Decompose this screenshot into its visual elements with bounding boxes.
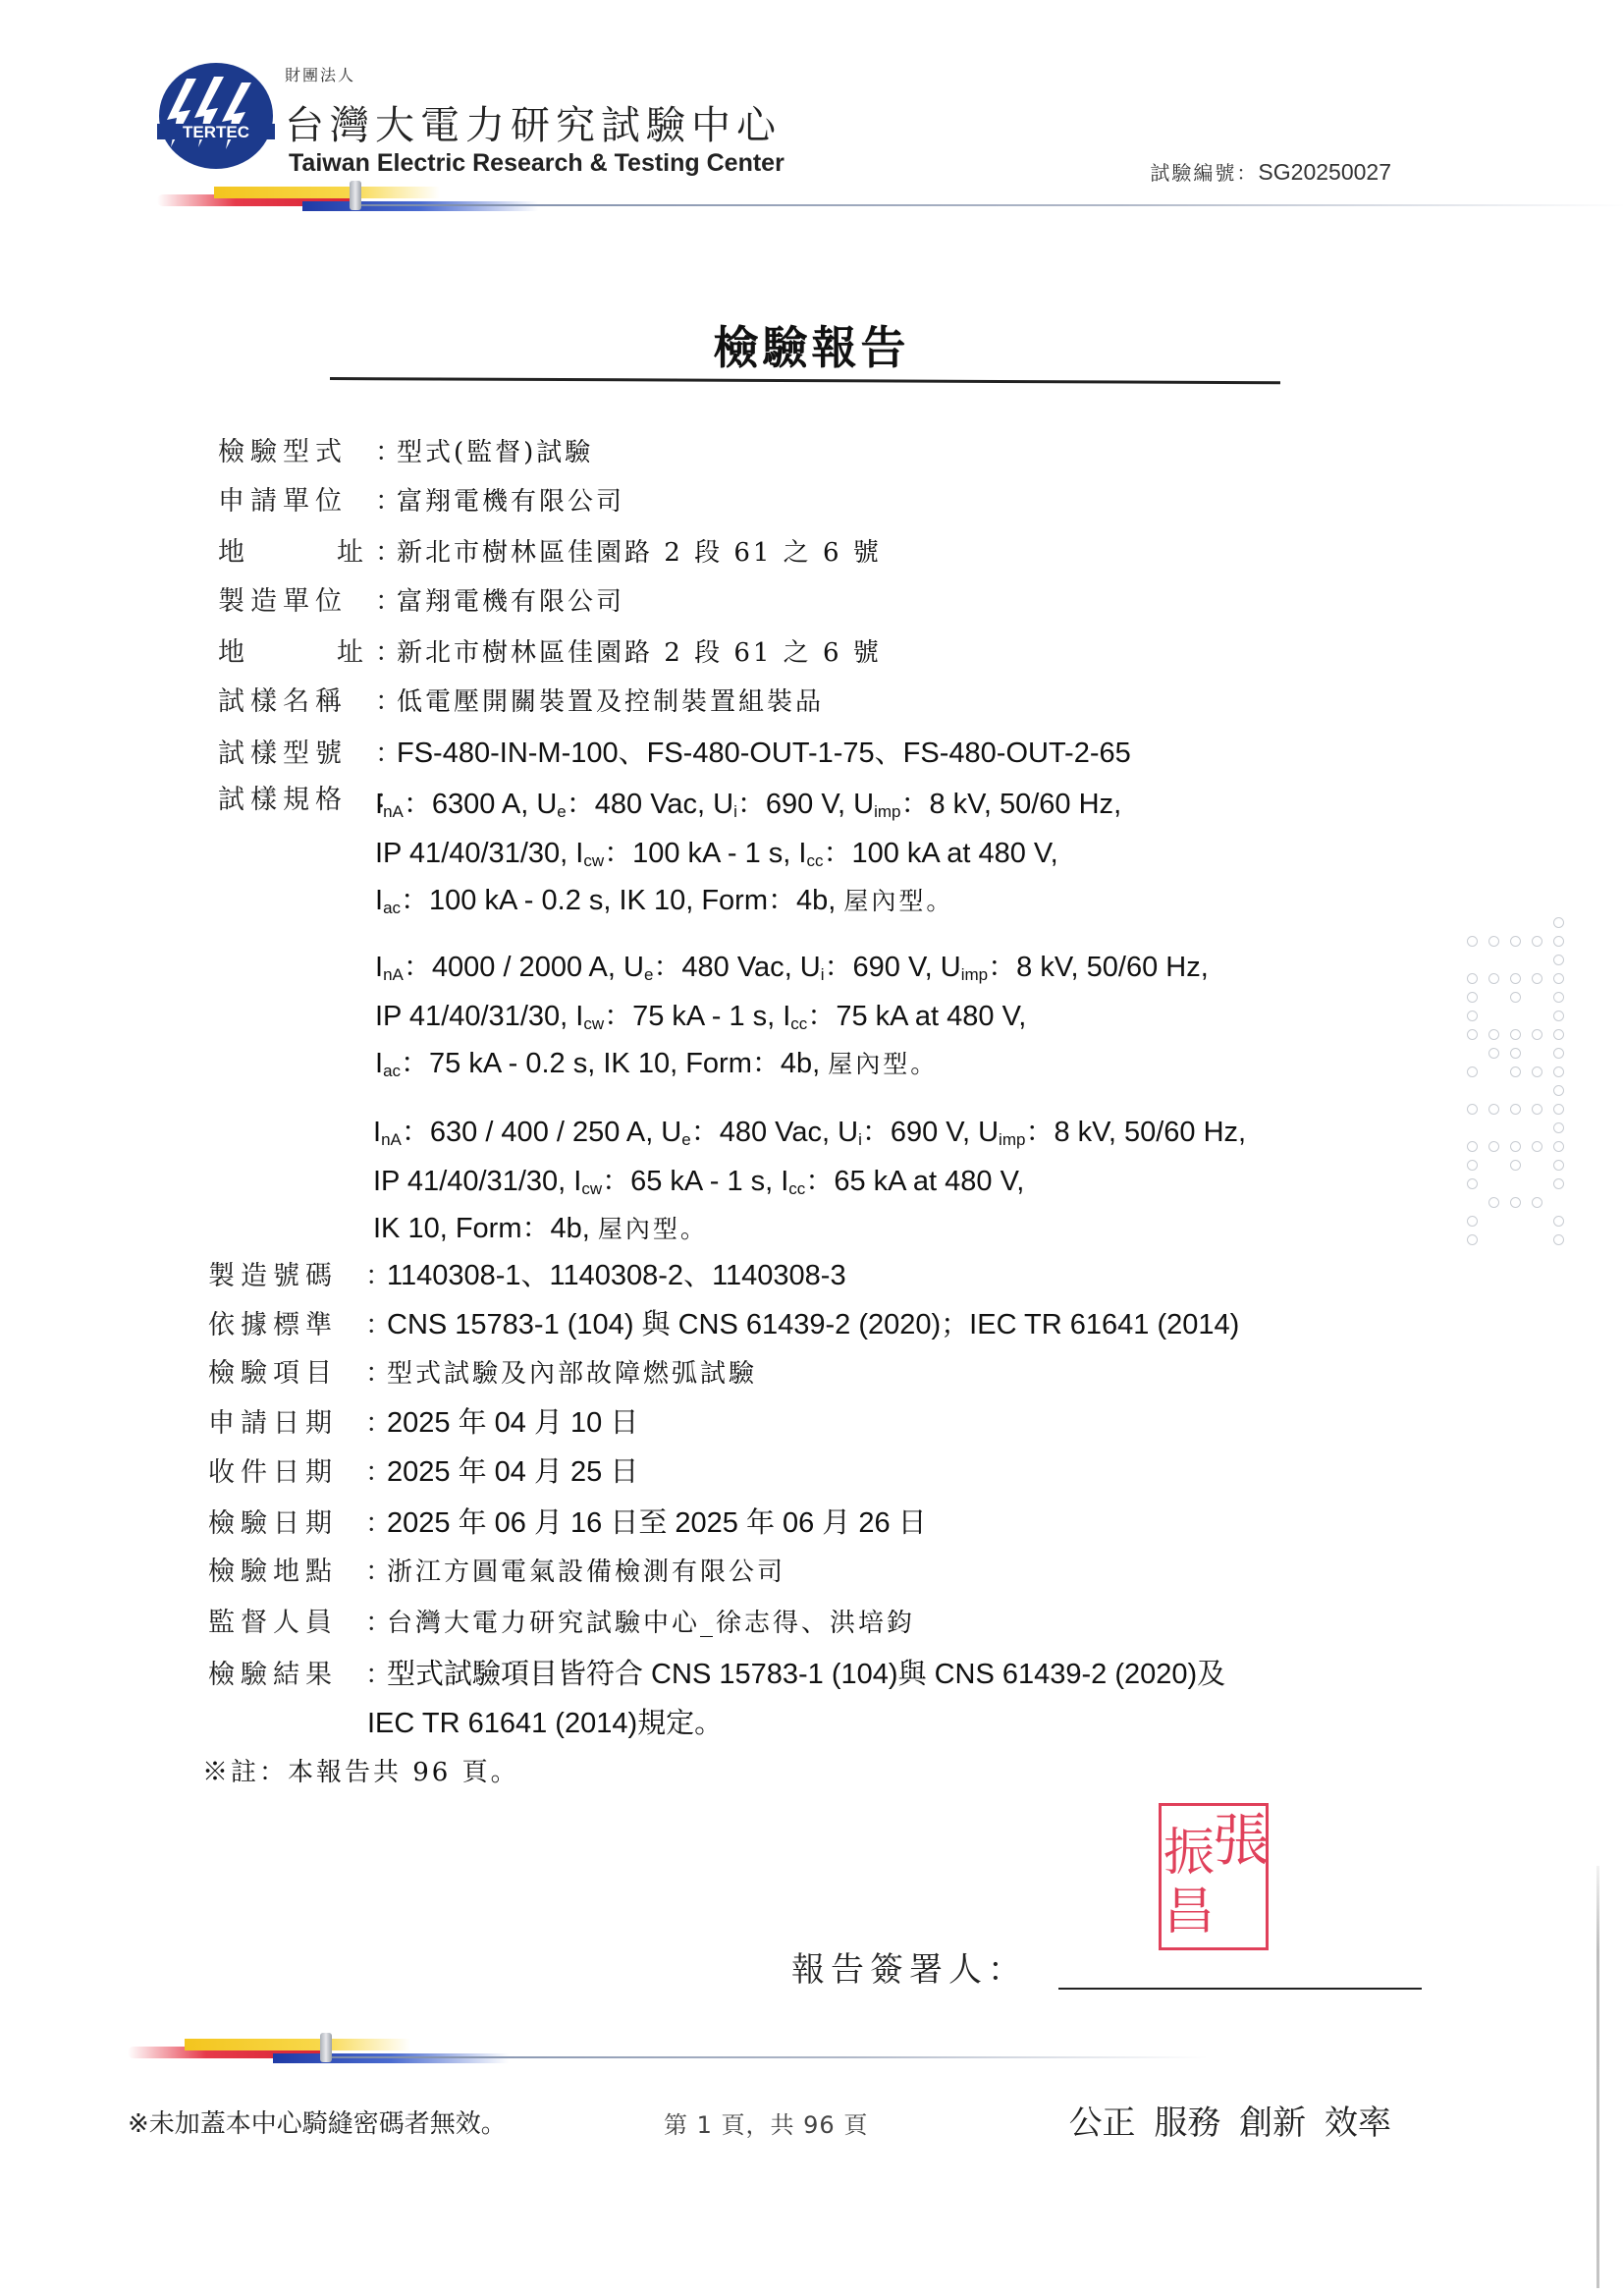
org-name-en: Taiwan Electric Research & Testing Cente…	[289, 149, 784, 178]
spec3-line2: IP 41/40/31/30, Icw：65 kA - 1 s, Icc：65 …	[373, 1159, 1024, 1199]
spec2-line2: IP 41/40/31/30, Icw：75 kA - 1 s, Icc：75 …	[375, 994, 1026, 1034]
field-test-dates: 檢驗日期： 2025 年 06 月 16 日至 2025 年 06 月 26 日	[208, 1501, 927, 1541]
field-test-items: 檢驗項目： 型式試驗及內部故障燃弧試驗	[208, 1351, 757, 1390]
spec1-line3: Iac：100 kA - 0.2 s, IK 10, Form：4b, 屋內型。	[375, 878, 953, 918]
signatory-label: 報告簽署人：	[791, 1942, 1027, 1991]
field-sample-name: 試樣名稱： 低電壓開關裝置及控制裝置組裝品	[218, 680, 824, 718]
field-inspection-type: 檢驗型式： 型式(監督)試驗	[218, 430, 593, 468]
field-test-location: 檢驗地點： 浙江方圓電氣設備檢測有限公司	[208, 1550, 785, 1588]
tertec-logo: TERTEC	[157, 61, 275, 171]
spec1-line2: IP 41/40/31/30, Icw：100 kA - 1 s, Icc：10…	[375, 831, 1058, 871]
field-manufacturer-address: 地址： 新北市樹林區佳園路 2 段 61 之 6 號	[218, 630, 882, 669]
org-motto: 公正 服務 創新 效率	[1069, 2096, 1391, 2144]
report-number-value: SG20250027	[1258, 159, 1391, 185]
report-number-label: 試驗編號：	[1150, 161, 1258, 185]
page-title: 檢驗報告	[0, 312, 1623, 377]
page-count-note: ※註：本報告共 96 頁。	[202, 1752, 519, 1788]
footer-stripe-decoration	[128, 2039, 1600, 2064]
signature-seal: 張 振 昌	[1159, 1803, 1269, 1950]
field-receipt-date: 收件日期： 2025 年 04 月 25 日	[208, 1449, 638, 1490]
field-test-result-line2: IEC TR 61641 (2014)規定。	[367, 1701, 723, 1741]
field-sample-spec: 試樣規格：	[218, 778, 397, 816]
spec3-line1: InA：630 / 400 / 250 A, Ue：480 Vac, Ui：69…	[373, 1110, 1246, 1150]
field-supervisors: 監督人員： 台灣大電力研究試驗中心_徐志得、洪培鈞	[208, 1601, 915, 1639]
perforation-code-dots	[1467, 917, 1575, 1261]
field-applicant-address: 地址： 新北市樹林區佳園路 2 段 61 之 6 號	[218, 530, 882, 569]
spec3-line3: IK 10, Form：4b, 屋內型。	[373, 1206, 708, 1246]
spec1-line1: InA：6300 A, Ue：480 Vac, Ui：690 V, Uimp：8…	[375, 782, 1121, 822]
page-number: 第 1 頁，共 96 頁	[664, 2105, 868, 2140]
header-stripe-decoration	[157, 187, 1623, 212]
field-sample-model: 試樣型號： FS-480-IN-M-100、FS-480-OUT-1-75、FS…	[218, 731, 1131, 771]
signature-line	[1058, 1988, 1422, 1990]
field-test-result: 檢驗結果： 型式試驗項目皆符合 CNS 15783-1 (104)與 CNS 6…	[208, 1652, 1225, 1692]
seal-validity-notice: ※未加蓋本中心騎縫密碼者無效。	[128, 2104, 507, 2140]
spec2-line3: Iac：75 kA - 0.2 s, IK 10, Form：4b, 屋內型。	[375, 1041, 938, 1081]
field-serial-numbers: 製造號碼： 1140308-1、1140308-2、1140308-3	[208, 1253, 846, 1293]
field-manufacturer: 製造單位： 富翔電機有限公司	[218, 579, 624, 618]
org-prefix: 財團法人	[285, 63, 355, 85]
field-applicant: 申請單位： 富翔電機有限公司	[218, 479, 624, 518]
report-number: 試驗編號：SG20250027	[1150, 157, 1391, 186]
title-underline	[330, 377, 1280, 384]
page-edge-line	[1596, 1866, 1599, 2288]
spec2-line1: InA：4000 / 2000 A, Ue：480 Vac, Ui：690 V,…	[375, 945, 1209, 985]
lightning-logo-icon: TERTEC	[157, 61, 275, 171]
org-name-zh: 台灣大電力研究試驗中心	[285, 94, 782, 150]
field-application-date: 申請日期： 2025 年 04 月 10 日	[208, 1400, 638, 1441]
field-standards: 依據標準： CNS 15783-1 (104) 與 CNS 61439-2 (2…	[208, 1302, 1239, 1342]
svg-text:TERTEC: TERTEC	[183, 123, 249, 141]
